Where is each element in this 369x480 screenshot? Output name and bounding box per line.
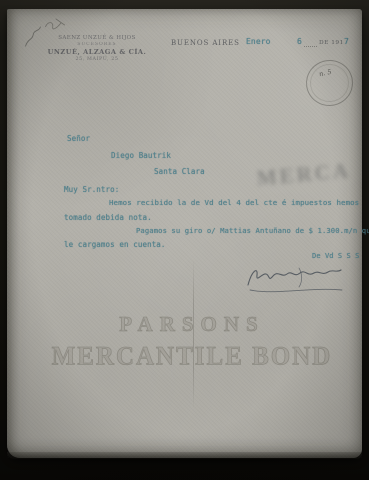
round-stamp: [303, 57, 356, 109]
letterhead-address: 25, MAIPÚ, 25: [31, 57, 163, 62]
body-line-3: Pagamos su giro o/ Mattias Antuñano de $…: [136, 226, 369, 235]
body-line-1: Hemos recibido la de Vd del 4 del cte é …: [109, 198, 359, 207]
recipient-title: Señor: [67, 134, 90, 143]
body-line-2: tomado debida nota.: [64, 213, 152, 222]
letter-paper: SAENZ UNZUÉ & HIJOS SUCESORES UNZUÉ, ALZ…: [7, 9, 362, 458]
body-line-4: le cargamos en cuenta.: [64, 240, 166, 249]
letterhead-firm-name: UNZUÉ, ALZAGA & CÍA.: [31, 48, 163, 56]
closing-valediction: De Vd S S S: [312, 252, 359, 260]
photographed-letter-scan: SAENZ UNZUÉ & HIJOS SUCESORES UNZUÉ, ALZ…: [0, 0, 369, 480]
letterhead-successors: SUCESORES: [31, 42, 163, 47]
greeting: Muy Sr.ntro:: [64, 185, 119, 194]
fold-crease: [193, 259, 194, 409]
signature-handwriting: [241, 260, 347, 298]
recipient-name: Diego Bautrik: [111, 151, 171, 160]
letterhead-firm-former: SAENZ UNZUÉ & HIJOS: [31, 35, 163, 41]
dateline-city: BUENOS AIRES: [171, 39, 240, 47]
date-day: 6: [297, 37, 302, 46]
watermark-mercantile-bond: MERCANTILE BOND: [21, 342, 363, 372]
letterhead: SAENZ UNZUÉ & HIJOS SUCESORES UNZUÉ, ALZ…: [31, 35, 163, 62]
date-month: Enero: [246, 37, 271, 46]
ink-offset-smudge: MERCA: [256, 158, 358, 199]
date-printed-de-191: DE 191: [319, 40, 344, 46]
date-year-digit: 7: [344, 37, 349, 46]
watermark-parsons: PARSONS: [27, 312, 357, 337]
recipient-place: Santa Clara: [154, 167, 205, 176]
date-dotted-leaders: [304, 39, 317, 47]
